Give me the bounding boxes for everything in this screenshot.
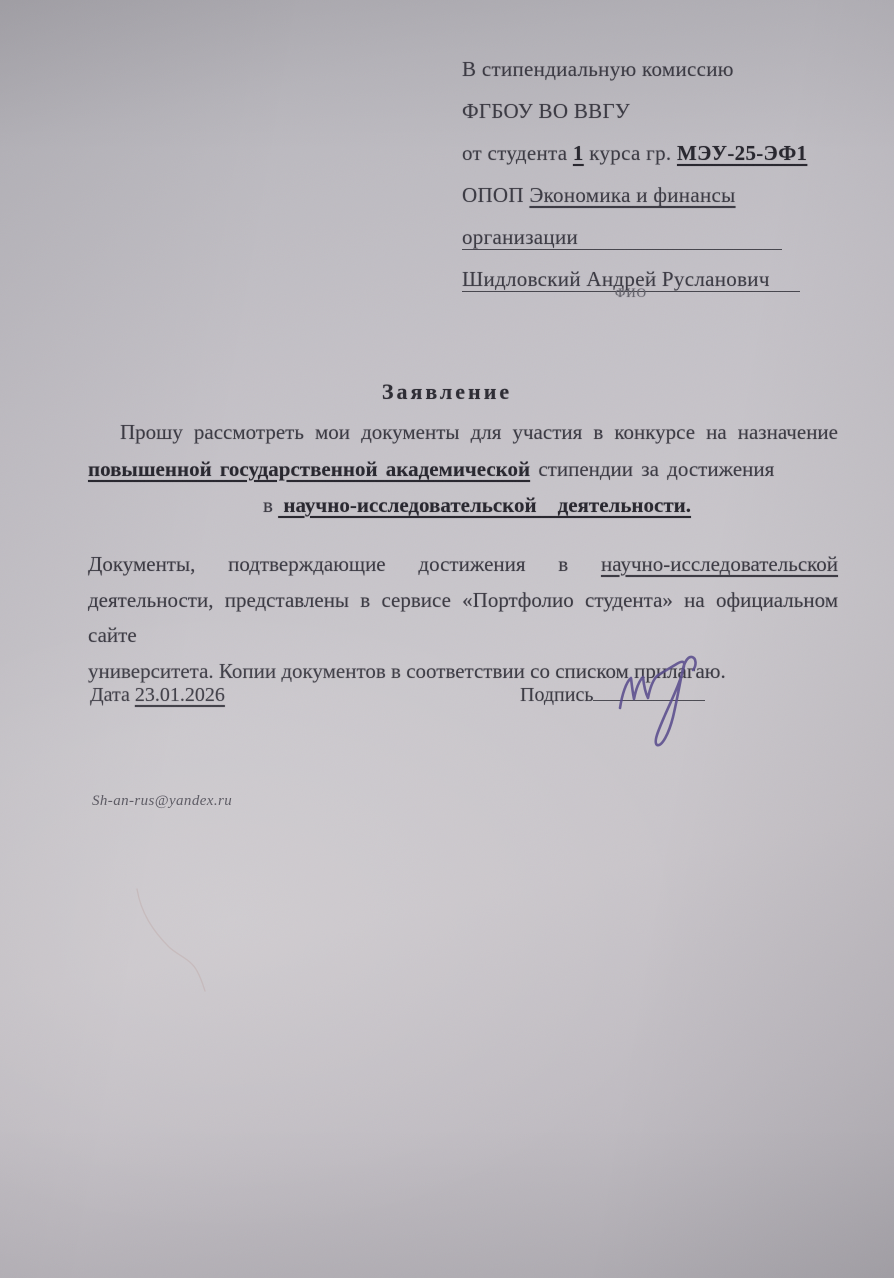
name-caption: ФИО: [462, 286, 800, 300]
document-title: Заявление: [0, 377, 894, 407]
documents-line-2: деятельности, представлены в сервисе «По…: [88, 583, 838, 654]
program-label: ОПОП: [462, 183, 524, 207]
student-course-line: от студента 1 курса гр. МЭУ-25-ЭФ1: [462, 132, 872, 174]
signature-group: Подпись: [520, 680, 705, 710]
request-line-2-rest: стипендии за достижения: [538, 457, 774, 481]
recipient-block: В стипендиальную комиссию ФГБОУ ВО ВВГУ …: [462, 48, 872, 300]
course-number: 1: [573, 141, 584, 165]
program-value-continued: организации: [462, 225, 578, 249]
documents-activity-underlined: научно-исследовательской: [601, 552, 838, 576]
request-line-1: Прошу рассмотреть мои документы для учас…: [88, 414, 838, 451]
request-paragraph: Прошу рассмотреть мои документы для учас…: [88, 414, 838, 524]
group-code: МЭУ-25-ЭФ1: [677, 141, 807, 165]
recipient-line-1: В стипендиальную комиссию: [462, 48, 872, 90]
program-line-1: ОПОП Экономика и финансы: [462, 174, 872, 216]
date-value: 23.01.2026: [135, 684, 225, 706]
date-group: Дата 23.01.2026: [90, 680, 225, 710]
request-line-2: повышенной государственной академической…: [88, 451, 838, 488]
documents-line-1: Документы, подтверждающие достижения в н…: [88, 547, 838, 583]
documents-line-1-start: Документы, подтверждающие достижения в: [88, 552, 568, 576]
signature-blank-line: [593, 680, 705, 701]
request-line-3: в научно-исследовательской деятельности.: [88, 487, 838, 524]
documents-paragraph: Документы, подтверждающие достижения в н…: [88, 547, 838, 689]
program-value: Экономика и финансы: [529, 183, 735, 207]
course-suffix: курса гр.: [589, 141, 671, 165]
document-page: В стипендиальную комиссию ФГБОУ ВО ВВГУ …: [0, 0, 894, 1278]
activity-field-emphasis: научно-исследовательской деятельности.: [278, 493, 691, 517]
recipient-line-2: ФГБОУ ВО ВВГУ: [462, 90, 872, 132]
program-line-2: организации: [462, 216, 872, 258]
scholarship-type-emphasis: повышенной государственной академической: [88, 457, 530, 481]
student-prefix: от студента: [462, 141, 567, 165]
activity-prefix: в: [263, 493, 273, 517]
contact-email: Sh-an-rus@yandex.ru: [92, 790, 232, 812]
paper-scratch-mark: [125, 875, 225, 1005]
signature-label: Подпись: [520, 684, 593, 706]
date-label: Дата: [90, 684, 130, 706]
